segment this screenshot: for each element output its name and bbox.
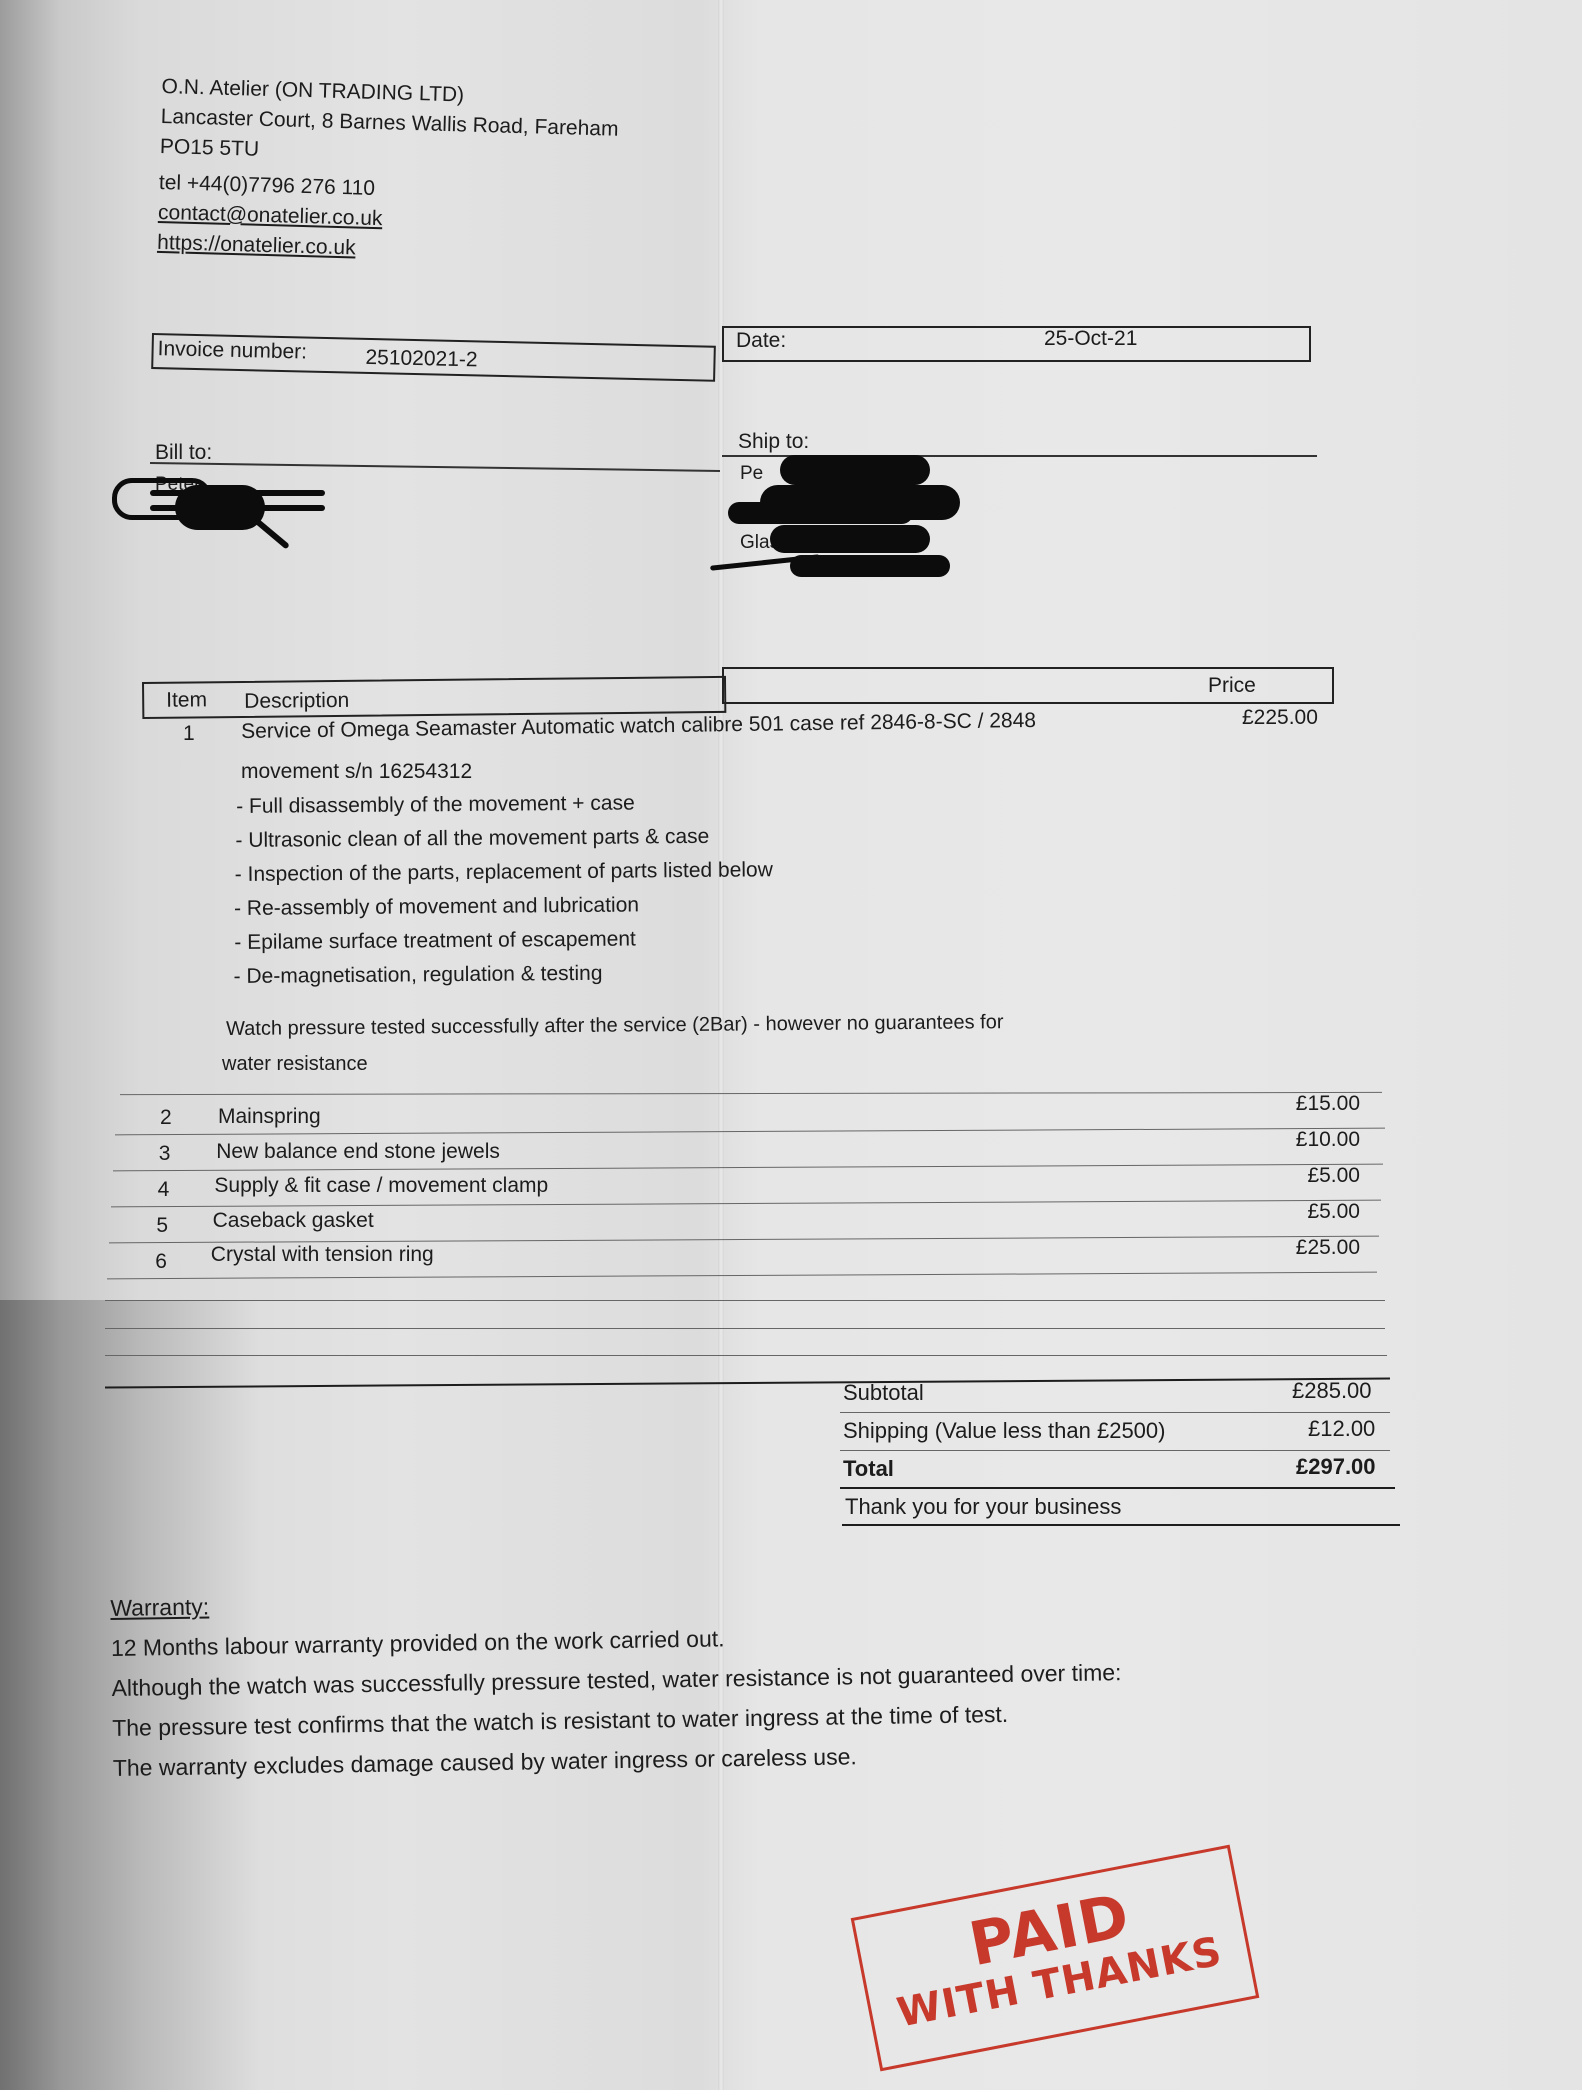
column-header-price: Price bbox=[1208, 674, 1256, 698]
service-step: - Full disassembly of the movement + cas… bbox=[232, 785, 772, 824]
date-label: Date: bbox=[736, 329, 786, 353]
row-divider bbox=[105, 1355, 1387, 1356]
row-price: £15.00 bbox=[0, 1092, 1360, 1116]
item-1-price: £225.00 bbox=[1242, 706, 1318, 730]
totals-divider bbox=[840, 1487, 1395, 1489]
table-bottom-rule bbox=[105, 1378, 1390, 1389]
pressure-note-line2: water resistance bbox=[222, 1053, 368, 1076]
pressure-note-line1: Watch pressure tested successfully after… bbox=[226, 1011, 1004, 1041]
service-step: - De-magnetisation, regulation & testing bbox=[233, 955, 773, 994]
ship-to-label: Ship to: bbox=[738, 430, 809, 454]
row-divider bbox=[105, 1328, 1385, 1329]
column-header-item: Item bbox=[166, 688, 207, 712]
date-box: Date: 25-Oct-21 bbox=[722, 326, 1311, 362]
totals-divider bbox=[840, 1450, 1390, 1451]
paid-stamp: PAID WITH THANKS bbox=[851, 1845, 1260, 2072]
invoice-date: 25-Oct-21 bbox=[1044, 327, 1137, 351]
total-label: Total bbox=[843, 1456, 894, 1482]
totals-divider bbox=[842, 1524, 1400, 1526]
invoice-number-box: Invoice number: 25102021-2 bbox=[151, 333, 716, 382]
service-steps-list: - Full disassembly of the movement + cas… bbox=[232, 785, 774, 994]
total-value: £297.00 bbox=[1296, 1454, 1376, 1480]
service-step: - Epilame surface treatment of escapemen… bbox=[233, 921, 773, 960]
item-1-subtitle: movement s/n 16254312 bbox=[241, 760, 472, 784]
item-1-number: 1 bbox=[183, 722, 195, 746]
ship-to-line1: Pe bbox=[740, 463, 763, 485]
service-step: - Inspection of the parts, replacement o… bbox=[233, 853, 773, 892]
row-divider bbox=[105, 1300, 1385, 1301]
shipping-value: £12.00 bbox=[1308, 1416, 1375, 1442]
company-header: O.N. Atelier (ON TRADING LTD) Lancaster … bbox=[157, 72, 620, 271]
row-divider bbox=[107, 1272, 1377, 1280]
table-header-left: Item Description bbox=[142, 676, 726, 719]
invoice-number-label: Invoice number: bbox=[157, 337, 307, 364]
row-price: £5.00 bbox=[0, 1164, 1360, 1188]
shipping-label: Shipping (Value less than £2500) bbox=[843, 1418, 1165, 1444]
row-price: £10.00 bbox=[0, 1128, 1360, 1152]
service-step: - Re-assembly of movement and lubricatio… bbox=[233, 887, 773, 926]
invoice-number: 25102021-2 bbox=[365, 346, 478, 373]
table-header-right: Price bbox=[722, 667, 1334, 704]
row-price: £25.00 bbox=[0, 1236, 1360, 1260]
warranty-section: Warranty: 12 Months labour warranty prov… bbox=[110, 1572, 1123, 1788]
subtotal-value: £285.00 bbox=[1292, 1378, 1372, 1404]
service-step: - Ultrasonic clean of all the movement p… bbox=[232, 819, 772, 858]
subtotal-label: Subtotal bbox=[843, 1380, 924, 1406]
thank-you-note: Thank you for your business bbox=[845, 1494, 1121, 1520]
column-header-description: Description bbox=[244, 689, 349, 714]
totals-divider bbox=[840, 1412, 1390, 1413]
row-price: £5.00 bbox=[0, 1200, 1360, 1224]
bill-to-divider bbox=[150, 462, 720, 472]
